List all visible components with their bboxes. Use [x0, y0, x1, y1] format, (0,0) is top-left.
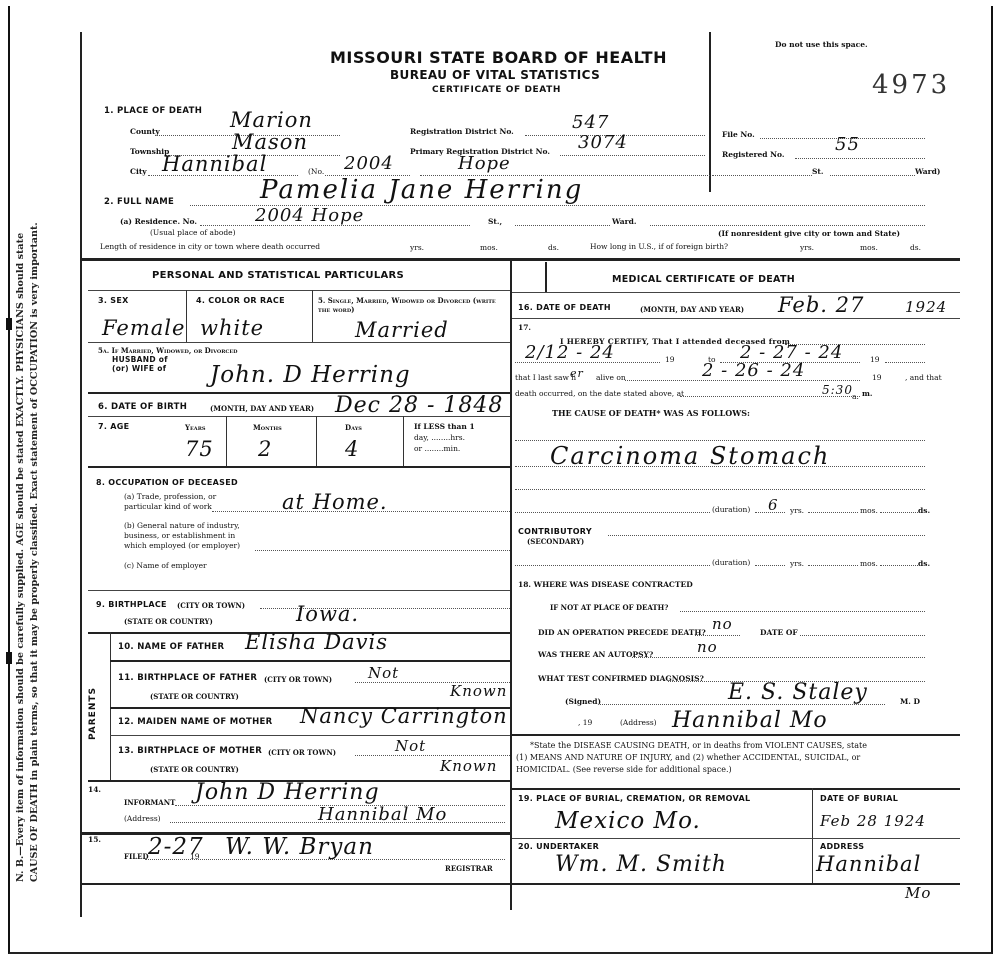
duration-lead — [515, 512, 710, 513]
signed-label: (Signed) — [565, 697, 601, 706]
residence-nonresident-field[interactable] — [650, 225, 925, 226]
rule — [512, 292, 960, 293]
reg-district-label: Registration District No. — [410, 127, 514, 136]
duration-yrs-value: 6 — [768, 496, 779, 514]
cell-divider — [403, 416, 404, 466]
father-name-label: 10. NAME OF FATHER — [118, 642, 224, 652]
filed-num: 15. — [88, 835, 101, 844]
contrib-ds-label: ds. — [918, 559, 930, 568]
cause-value: Carcinoma Stomach — [550, 442, 830, 470]
spouse-label-2: HUSBAND of — [112, 355, 168, 364]
length-of-residence-label: Length of residence in city or town wher… — [100, 242, 320, 251]
form-title: MISSOURI STATE BOARD OF HEALTH — [330, 48, 667, 67]
ward-field[interactable] — [830, 175, 915, 176]
dob-hint: (MONTH, DAY AND YEAR) — [210, 404, 314, 413]
duration-label: (duration) — [712, 505, 750, 514]
and-that-label: , and that — [905, 373, 942, 382]
contrib-yrs-label: yrs. — [790, 559, 804, 568]
rule — [88, 290, 510, 291]
contributory-field[interactable] — [608, 535, 925, 536]
place-of-death-label: 1. PLACE OF DEATH — [104, 106, 202, 116]
residence-st-label: St., — [488, 217, 502, 226]
if-not-label: IF NOT AT PLACE OF DEATH? — [550, 603, 668, 612]
cell-divider — [226, 416, 227, 466]
cell-divider — [312, 290, 313, 342]
cell-divider — [316, 416, 317, 466]
mother-name-label: 12. MAIDEN NAME OF MOTHER — [118, 717, 273, 727]
registered-no-label: Registered No. — [722, 150, 784, 159]
primary-reg-district-value: 3074 — [578, 132, 628, 153]
autopsy-value: no — [697, 638, 718, 656]
age-days-label: Days — [345, 423, 362, 432]
rule — [88, 416, 510, 417]
last-saw-date-value: 2 - 26 - 24 — [702, 360, 805, 381]
residence-label: (a) Residence. No. — [120, 217, 197, 226]
length-yrs-label: yrs. — [410, 243, 424, 252]
duration-ds-field[interactable] — [880, 512, 918, 513]
burial-place-label: 19. PLACE OF BURIAL, CREMATION, OR REMOV… — [518, 794, 750, 803]
rule — [512, 734, 960, 736]
footnote-1: *State the DISEASE CAUSING DEATH, or in … — [530, 741, 867, 750]
undertaker-label: 20. UNDERTAKER — [518, 842, 599, 851]
informant-label: INFORMANT — [124, 798, 175, 807]
duration-ds-label: ds. — [918, 506, 930, 515]
margin-tick — [6, 318, 12, 330]
last-saw-19-label: 19 — [872, 373, 882, 382]
father-birth-city-value: Not — [368, 664, 399, 682]
rule — [512, 838, 960, 839]
father-birth-state-label: (STATE OR COUNTRY) — [150, 692, 239, 701]
mother-birth-city-value: Not — [395, 737, 426, 755]
attended-to-19-label: 19 — [870, 355, 880, 364]
birthplace-label: 9. BIRTHPLACE — [96, 600, 167, 609]
dod-value: Feb. 27 — [778, 293, 864, 317]
contrib-duration-mos-field[interactable] — [808, 565, 858, 566]
secondary-label: (SECONDARY) — [527, 537, 584, 546]
less-than-label: If LESS than 1 — [414, 422, 475, 431]
us-residence-label: How long in U.S., if of foreign birth? — [590, 242, 728, 251]
contrib-duration-label: (duration) — [712, 558, 750, 567]
filed-year-prefix: 19 — [190, 852, 200, 861]
birthplace-state-value: Iowa. — [296, 602, 359, 626]
age-label: 7. AGE — [98, 422, 129, 431]
length-mos-label: mos. — [480, 243, 498, 252]
age-days-value: 4 — [345, 437, 359, 461]
header-divider — [709, 32, 711, 192]
physician-signature: E. S. Staley — [728, 680, 868, 705]
contrib-duration-yrs-field[interactable] — [755, 565, 785, 566]
duration-mos-label: mos. — [860, 506, 878, 515]
registrar-signature: W. W. Bryan — [225, 834, 374, 860]
informant-num: 14. — [88, 785, 101, 794]
street-no-value: 2004 — [344, 153, 394, 174]
cause-line-1[interactable] — [515, 440, 925, 441]
m-label: m. — [862, 389, 873, 398]
contrib-duration-lead — [515, 565, 710, 566]
footnote-3: HOMICIDAL. (See reverse side for additio… — [516, 765, 732, 774]
nonresident-note: (If nonresident give city or town and St… — [718, 229, 900, 238]
physician-address: Hannibal Mo — [672, 708, 828, 733]
death-occurred-label: death occurred, on the date stated above… — [515, 389, 684, 398]
certificate-number: 4973 — [872, 70, 950, 100]
cell-divider — [186, 290, 187, 342]
marital-label: 5. Single, Married, Widowed or Divorced … — [318, 296, 498, 314]
full-name-value: Pamelia Jane Herring — [260, 175, 583, 205]
occ-a-label-2: particular kind of work — [124, 502, 212, 511]
undertaker-address-label: ADDRESS — [820, 842, 864, 851]
county-value: Marion — [230, 108, 313, 132]
time-suffix: a. — [852, 392, 859, 401]
contrib-duration-ds-field[interactable] — [880, 565, 918, 566]
time-of-death-value: 5:30 — [822, 383, 853, 397]
form-name: CERTIFICATE OF DEATH — [432, 85, 561, 95]
race-label: 4. COLOR OR RACE — [196, 296, 285, 305]
sex-label: 3. SEX — [98, 296, 129, 305]
duration-yrs-label: yrs. — [790, 506, 804, 515]
operation-field[interactable] — [695, 635, 740, 636]
physician-date-prefix: , 19 — [578, 718, 592, 727]
birthplace-hint: (CITY OR TOWN) — [177, 601, 245, 610]
occ-b-label-2: business, or establishment in — [124, 531, 235, 540]
duration-mos-field[interactable] — [808, 512, 858, 513]
township-value: Mason — [232, 130, 308, 154]
attended-year-field[interactable] — [885, 362, 925, 363]
father-birth-hint: (CITY OR TOWN) — [264, 675, 332, 684]
informant-address-label: (Address) — [124, 814, 161, 823]
mother-birth-hint: (CITY OR TOWN) — [268, 748, 336, 757]
attended-from-value: 2/12 - 24 — [525, 342, 615, 363]
us-yrs-label: yrs. — [800, 243, 814, 252]
full-name-label: 2. FULL NAME — [104, 197, 174, 207]
race-value: white — [200, 316, 264, 340]
dob-value: Dec 28 - 1848 — [335, 393, 503, 418]
alive-on-label: alive on — [596, 373, 626, 382]
ward-label: Ward) — [915, 167, 940, 176]
residence-value: 2004 Hope — [255, 205, 364, 226]
dob-label: 6. DATE OF BIRTH — [98, 402, 187, 412]
mother-birth-label: 13. BIRTHPLACE OF MOTHER — [118, 746, 262, 756]
occ-b-label-3: which employed (or employer) — [124, 541, 240, 550]
form-left-border — [80, 32, 82, 917]
physician-address-label: (Address) — [620, 718, 657, 727]
residence-ward-field[interactable] — [515, 225, 610, 226]
md-label: M. D — [900, 697, 920, 706]
attended-19-label: 19 — [665, 355, 675, 364]
personal-section-title: PERSONAL AND STATISTICAL PARTICULARS — [152, 270, 404, 281]
contracted-field[interactable] — [680, 611, 925, 612]
city-value: Hannibal — [162, 152, 267, 176]
burial-date-value: Feb 28 1924 — [820, 812, 926, 830]
footnote-2: (1) MEANS AND NATURE OF INJURY, and (2) … — [516, 753, 860, 762]
age-years-value: 75 — [185, 437, 214, 461]
mother-birth-city-field[interactable] — [355, 755, 510, 756]
spouse-value: John. D Herring — [210, 362, 411, 388]
margin-note-line-2: CAUSE OF DEATH in plain terms, so that i… — [28, 92, 42, 882]
occ-c-label: (c) Name of employer — [124, 561, 207, 570]
burial-place-value: Mexico Mo. — [555, 808, 701, 834]
margin-instructions: N. B.—Every item of information should b… — [14, 92, 54, 882]
burial-divider — [812, 788, 813, 883]
operation-value: no — [712, 615, 733, 633]
street-field-ext — [712, 175, 812, 176]
age-months-value: 2 — [258, 437, 272, 461]
occ-a-label-1: (a) Trade, profession, or — [124, 492, 216, 501]
rule — [512, 788, 960, 790]
age-years-label: Years — [185, 423, 205, 432]
less-or-label: or ........min. — [414, 444, 460, 453]
rule — [512, 318, 960, 319]
father-birth-state-value: Known — [450, 682, 507, 700]
length-ds-label: ds. — [548, 243, 559, 252]
rule — [110, 660, 510, 662]
dod-hint: (MONTH, DAY AND YEAR) — [640, 305, 744, 314]
parents-side-divider — [110, 632, 111, 780]
mother-birth-state-label: (STATE OR COUNTRY) — [150, 765, 239, 774]
father-birth-label: 11. BIRTHPLACE OF FATHER — [118, 673, 257, 683]
margin-tick — [6, 652, 12, 664]
spouse-label-3: (or) WIFE of — [112, 364, 166, 373]
abode-note: (Usual place of abode) — [150, 228, 236, 237]
us-mos-label: mos. — [860, 243, 878, 252]
street-value: Hope — [458, 153, 511, 174]
operation-date-label: DATE OF — [760, 628, 798, 637]
registrar-label: REGISTRAR — [445, 864, 493, 873]
marital-value: Married — [355, 318, 449, 342]
file-no-label: File No. — [722, 130, 755, 139]
form-subtitle: BUREAU OF VITAL STATISTICS — [390, 68, 600, 82]
spouse-label-1: 5a. If Married, Widowed, or Divorced — [98, 346, 238, 355]
less-day-label: day, ........hrs. — [414, 433, 465, 442]
rule — [110, 735, 510, 736]
operation-label: DID AN OPERATION PRECEDE DEATH? — [538, 628, 706, 637]
autopsy-field[interactable] — [632, 657, 925, 658]
us-ds-label: ds. — [910, 243, 921, 252]
undertaker-address-value: Hannibal — [816, 852, 921, 876]
residence-ward-label: Ward. — [612, 217, 636, 226]
contrib-mos-label: mos. — [860, 559, 878, 568]
divider-mark — [545, 262, 547, 292]
undertaker-address-line2: Mo — [905, 884, 931, 902]
contracted-label: 18. WHERE WAS DISEASE CONTRACTED — [518, 580, 693, 589]
cause-label: THE CAUSE OF DEATH* WAS AS FOLLOWS: — [552, 408, 750, 418]
form-bottom-rule — [82, 883, 960, 885]
cause-line-3[interactable] — [515, 489, 925, 490]
last-saw-pronoun: er — [570, 367, 584, 380]
reserved-space-note: Do not use this space. — [775, 40, 868, 49]
occ-b-field[interactable] — [255, 550, 510, 551]
st-label: St. — [812, 167, 824, 176]
occupation-label: 8. OCCUPATION OF DECEASED — [96, 478, 238, 487]
burial-date-label: DATE OF BURIAL — [820, 794, 898, 803]
registered-no-value: 55 — [835, 134, 860, 155]
registered-no-field[interactable] — [795, 158, 925, 159]
father-name-value: Elisha Davis — [245, 630, 388, 654]
city-label: City — [130, 167, 147, 176]
rule — [88, 590, 510, 591]
header-bottom-rule — [82, 258, 960, 261]
rule — [88, 466, 510, 468]
sex-value: Female — [102, 316, 185, 340]
informant-address: Hannibal Mo — [318, 804, 447, 825]
undertaker-value: Wm. M. Smith — [555, 852, 727, 877]
last-saw-label: that I last saw h — [515, 373, 576, 382]
margin-note-line-1: N. B.—Every item of information should b… — [14, 92, 28, 882]
informant-name: John D Herring — [195, 780, 380, 805]
rule — [88, 342, 510, 343]
dod-label: 16. DATE OF DEATH — [518, 303, 611, 312]
birthplace-state-label: (STATE OR COUNTRY) — [124, 617, 213, 626]
parents-side-label: PARENTS — [88, 687, 98, 740]
medical-section-title: MEDICAL CERTIFICATE OF DEATH — [612, 274, 795, 285]
mother-birth-state-value: Known — [440, 757, 497, 775]
mother-name-value: Nancy Carrington — [300, 704, 508, 728]
operation-date-field[interactable] — [800, 635, 925, 636]
reg-district-value: 547 — [572, 112, 609, 133]
dod-year: 1924 — [905, 298, 947, 316]
cert-num: 17. — [518, 323, 531, 332]
contributory-label: CONTRIBUTORY — [518, 527, 592, 536]
occ-a-value: at Home. — [282, 490, 388, 514]
age-months-label: Months — [253, 423, 282, 432]
primary-reg-district-field[interactable] — [560, 155, 705, 156]
occ-b-label-1: (b) General nature of industry, — [124, 521, 240, 530]
column-divider — [510, 260, 512, 910]
